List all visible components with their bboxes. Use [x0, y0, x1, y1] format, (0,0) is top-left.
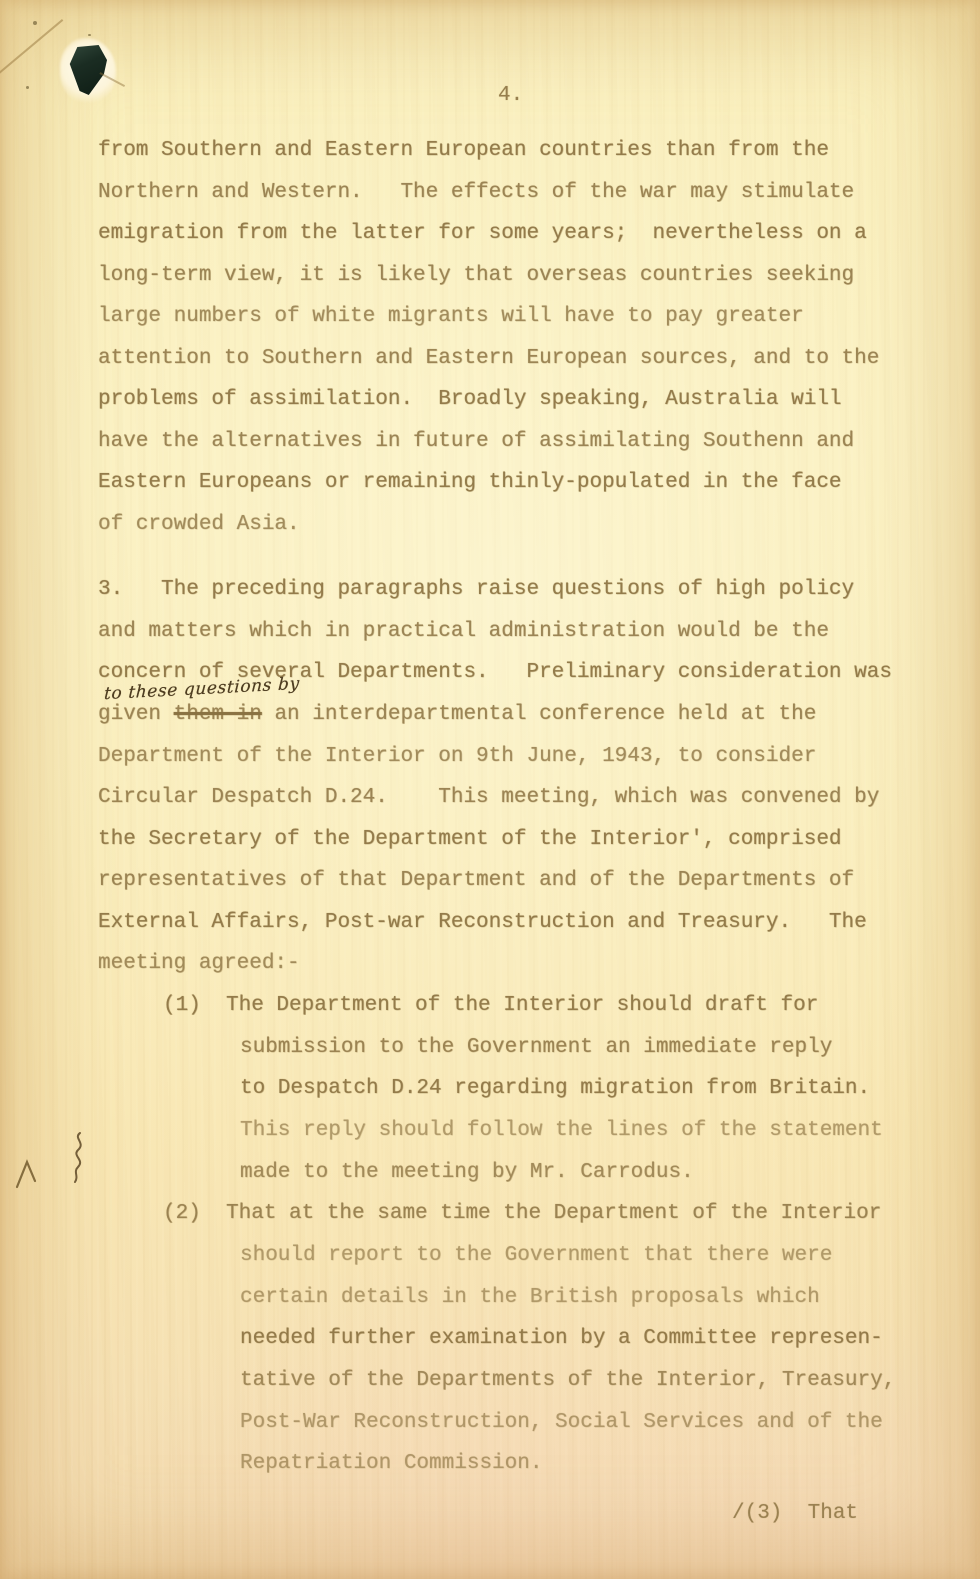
struck-out-text: them in — [174, 703, 262, 726]
typed-line: meeting agreed:- — [98, 952, 300, 976]
typed-line: Department of the Interior on 9th June, … — [98, 745, 816, 769]
typed-line: of crowded Asia. — [98, 513, 300, 537]
typed-text-segment: an interdepartmental conference held at … — [262, 703, 817, 726]
typed-line: 3. The preceding paragraphs raise questi… — [98, 578, 854, 602]
typed-line: certain details in the British proposals… — [240, 1286, 820, 1310]
margin-squiggle-mark — [69, 1131, 89, 1185]
typed-line: This reply should follow the lines of th… — [240, 1119, 883, 1143]
typed-line: representatives of that Department and o… — [98, 869, 854, 893]
typed-line: External Affairs, Post-war Reconstructio… — [98, 911, 867, 935]
margin-caret-mark — [14, 1158, 40, 1190]
typed-line: tative of the Departments of the Interio… — [240, 1369, 895, 1393]
typed-line: made to the meeting by Mr. Carrodus. — [240, 1161, 694, 1185]
typed-line: problems of assimilation. Broadly speaki… — [98, 388, 842, 412]
typed-line: and matters which in practical administr… — [98, 620, 829, 644]
typed-line: have the alternatives in future of assim… — [98, 430, 854, 454]
typed-line: Northern and Western. The effects of the… — [98, 181, 854, 205]
typed-line: Circular Despatch D.24. This meeting, wh… — [98, 786, 879, 810]
paper-speck — [33, 21, 37, 25]
footer-catchword: /(3) That — [732, 1502, 858, 1525]
typed-line: emigration from the latter for some year… — [98, 222, 867, 246]
typed-line: large numbers of white migrants will hav… — [98, 305, 804, 329]
page-number: 4. — [498, 84, 523, 107]
typed-line: Post-War Reconstruction, Social Services… — [240, 1411, 883, 1435]
typed-text-segment: given — [98, 703, 174, 726]
scanned-document-page: 4. from Southern and Eastern European co… — [0, 0, 980, 1579]
typed-line: should report to the Government that the… — [240, 1244, 832, 1268]
typed-line: (1) The Department of the Interior shoul… — [163, 994, 818, 1018]
typed-line: needed further examination by a Committe… — [240, 1327, 883, 1351]
typed-line: the Secretary of the Department of the I… — [98, 828, 842, 852]
typed-line: (2) That at the same time the Department… — [163, 1202, 881, 1226]
typed-line: given them in an interdepartmental confe… — [98, 703, 816, 727]
typed-line: to Despatch D.24 regarding migration fro… — [240, 1077, 870, 1101]
paper-speck — [88, 34, 91, 36]
typed-line: long-term view, it is likely that overse… — [98, 264, 854, 288]
corner-crease-line — [0, 19, 63, 79]
typed-line: Eastern Europeans or remaining thinly-po… — [98, 471, 842, 495]
typed-line: submission to the Government an immediat… — [240, 1036, 832, 1060]
typed-line: from Southern and Eastern European count… — [98, 139, 829, 163]
paper-speck — [26, 86, 29, 89]
typed-line: Repatriation Commission. — [240, 1452, 542, 1476]
typed-line: attention to Southern and Eastern Europe… — [98, 347, 879, 371]
